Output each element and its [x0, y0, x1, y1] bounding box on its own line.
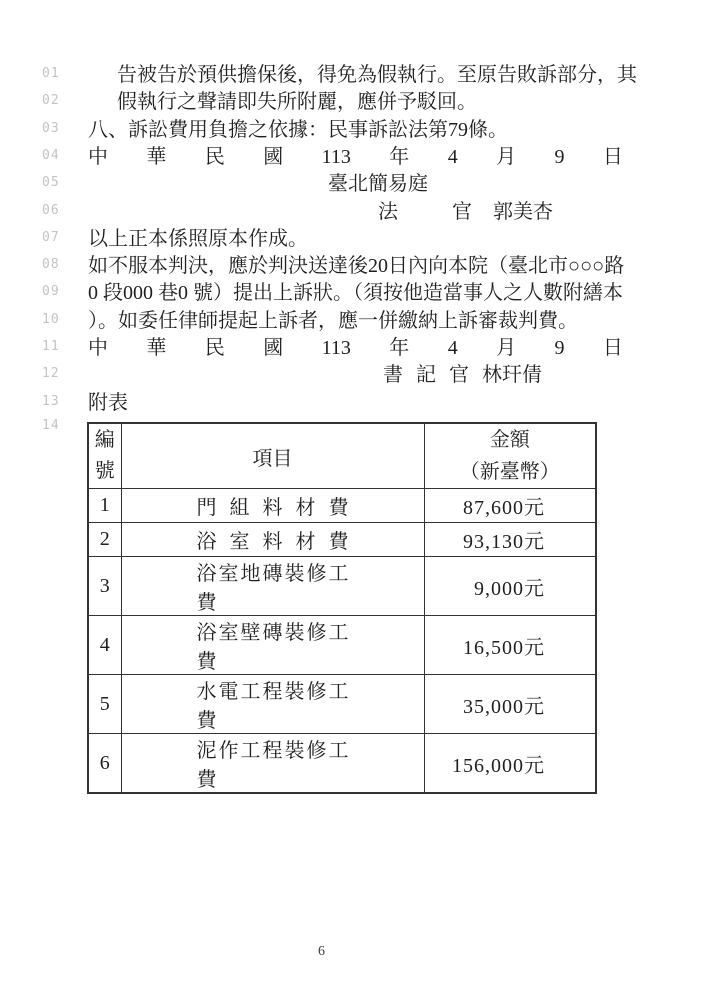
date-char: 9: [555, 144, 565, 170]
line-number: 02: [42, 93, 60, 108]
text-segment: 記: [416, 362, 436, 388]
cell-amount: 93,130元: [424, 523, 596, 557]
line-number: 08: [42, 257, 60, 272]
date-char: 113: [322, 335, 351, 361]
date-char: 民: [205, 335, 225, 361]
item-text: 浴室地磚裝修工費: [197, 557, 349, 615]
date-line: 中華民國113年4月9日: [88, 144, 623, 170]
cell-number: 5: [88, 675, 121, 734]
cell-item: 浴室壁磚裝修工費: [121, 616, 424, 675]
date-char: 4: [448, 335, 458, 361]
column-header-item: 項目: [121, 423, 424, 489]
line-number: 01: [42, 66, 60, 81]
date-char: 國: [263, 335, 283, 361]
line-number: 11: [42, 339, 60, 354]
document-line: 11中華民國113年4月9日: [0, 335, 706, 363]
document-line: 04中華民國113年4月9日: [0, 144, 706, 172]
text-segment: 法: [378, 199, 398, 225]
item-text: 水電工程裝修工費: [197, 675, 349, 733]
judgment-page: 01告被告於預供擔保後，得免為假執行。至原告敗訴部分，其02假執行之聲請即失所附…: [0, 0, 706, 1000]
cell-amount: 156,000元: [424, 734, 596, 794]
line-number: 06: [42, 203, 60, 218]
line-number: 07: [42, 230, 60, 245]
cell-number: 4: [88, 616, 121, 675]
document-line: 08如不服本判決，應於判決送達後20日內向本院（臺北市○○○路: [0, 253, 706, 281]
column-header-number-line1: 編: [89, 425, 121, 456]
column-header-amount-line1: 金額: [425, 424, 596, 456]
date-char: 華: [146, 144, 166, 170]
text-segment: ）。如委任律師提起上訴者，應一併繳納上訴審裁判費。: [88, 308, 578, 334]
cell-amount: 16,500元: [424, 616, 596, 675]
item-text: 門組料材費: [197, 491, 349, 520]
text-segment: 郭美杏: [493, 199, 553, 225]
table-row: 3浴室地磚裝修工費9,000元: [88, 557, 596, 616]
text-segment: 林玕倩: [482, 362, 542, 388]
text-segment: 告被告於預供擔保後，得免為假執行。至原告敗訴部分，其: [117, 62, 637, 88]
text-segment: 官: [449, 362, 469, 388]
cell-number: 3: [88, 557, 121, 616]
date-char: 國: [263, 144, 283, 170]
cell-number: 1: [88, 489, 121, 523]
date-char: 中: [88, 335, 108, 361]
line-number: 10: [42, 312, 60, 327]
cell-item: 浴室料材費: [121, 523, 424, 557]
text-segment: 書: [383, 362, 403, 388]
line-number: 03: [42, 121, 60, 136]
table-row: 1門組料材費87,600元: [88, 489, 596, 523]
date-char: 月: [496, 335, 516, 361]
cell-amount: 9,000元: [424, 557, 596, 616]
column-header-number-line2: 號: [89, 456, 121, 487]
page-number: 6: [318, 944, 325, 960]
line-number: 04: [42, 148, 60, 163]
document-line: 12書記官林玕倩: [0, 362, 706, 390]
line-number: 14: [42, 418, 60, 433]
document-line: 10）。如委任律師提起上訴者，應一併繳納上訴審裁判費。: [0, 308, 706, 336]
table-header-row: 編 號 項目 金額 （新臺幣）: [88, 423, 596, 489]
document-line: 07以上正本係照原本作成。: [0, 226, 706, 254]
date-char: 月: [496, 144, 516, 170]
date-char: 中: [88, 144, 108, 170]
table-row: 4浴室壁磚裝修工費16,500元: [88, 616, 596, 675]
date-char: 年: [389, 144, 409, 170]
document-line: 090 段000 巷0 號）提出上訴狀。（須按他造當事人之人數附繕本: [0, 280, 706, 308]
table-row: 5水電工程裝修工費35,000元: [88, 675, 596, 734]
date-char: 9: [555, 335, 565, 361]
document-line: 02假執行之聲請即失所附麗，應併予駁回。: [0, 89, 706, 117]
cell-item: 浴室地磚裝修工費: [121, 557, 424, 616]
date-char: 4: [448, 144, 458, 170]
cell-item: 水電工程裝修工費: [121, 675, 424, 734]
date-char: 日: [603, 144, 623, 170]
item-text: 泥作工程裝修工費: [197, 734, 349, 792]
date-char: 年: [389, 335, 409, 361]
line-number: 09: [42, 284, 60, 299]
document-line: 06法官郭美杏: [0, 199, 706, 227]
cell-amount: 87,600元: [424, 489, 596, 523]
column-header-number: 編 號: [88, 423, 121, 489]
table-row: 6泥作工程裝修工費156,000元: [88, 734, 596, 794]
text-segment: 臺北簡易庭: [328, 171, 428, 197]
date-char: 日: [603, 335, 623, 361]
table-row: 2浴室料材費93,130元: [88, 523, 596, 557]
cell-item: 泥作工程裝修工費: [121, 734, 424, 794]
column-header-amount-line2: （新臺幣）: [425, 456, 596, 488]
date-line: 中華民國113年4月9日: [88, 335, 623, 361]
text-segment: 假執行之聲請即失所附麗，應併予駁回。: [117, 89, 477, 115]
text-segment: 如不服本判決，應於判決送達後20日內向本院（臺北市○○○路: [88, 253, 624, 279]
document-line: 01告被告於預供擔保後，得免為假執行。至原告敗訴部分，其: [0, 62, 706, 90]
attachment-table: 編 號 項目 金額 （新臺幣） 1門組料材費87,600元2浴室料材費93,13…: [87, 422, 597, 794]
text-segment: 0 段000 巷0 號）提出上訴狀。（須按他造當事人之人數附繕本: [88, 280, 623, 306]
item-text: 浴室壁磚裝修工費: [197, 616, 349, 674]
item-text: 浴室料材費: [197, 525, 349, 554]
cell-number: 2: [88, 523, 121, 557]
line-number: 12: [42, 366, 60, 381]
cell-item: 門組料材費: [121, 489, 424, 523]
date-char: 華: [146, 335, 166, 361]
column-header-amount: 金額 （新臺幣）: [424, 423, 596, 489]
text-segment: 八、訴訟費用負擔之依據：民事訴訟法第79條。: [88, 117, 508, 143]
document-line: 05臺北簡易庭: [0, 171, 706, 199]
text-segment: 以上正本係照原本作成。: [88, 226, 308, 252]
cell-number: 6: [88, 734, 121, 794]
text-segment: 官: [452, 199, 472, 225]
document-line: 03八、訴訟費用負擔之依據：民事訴訟法第79條。: [0, 117, 706, 145]
line-number: 05: [42, 175, 60, 190]
cell-amount: 35,000元: [424, 675, 596, 734]
date-char: 113: [322, 144, 351, 170]
date-char: 民: [205, 144, 225, 170]
text-segment: 附表: [88, 390, 128, 416]
line-number: 13: [42, 394, 60, 409]
